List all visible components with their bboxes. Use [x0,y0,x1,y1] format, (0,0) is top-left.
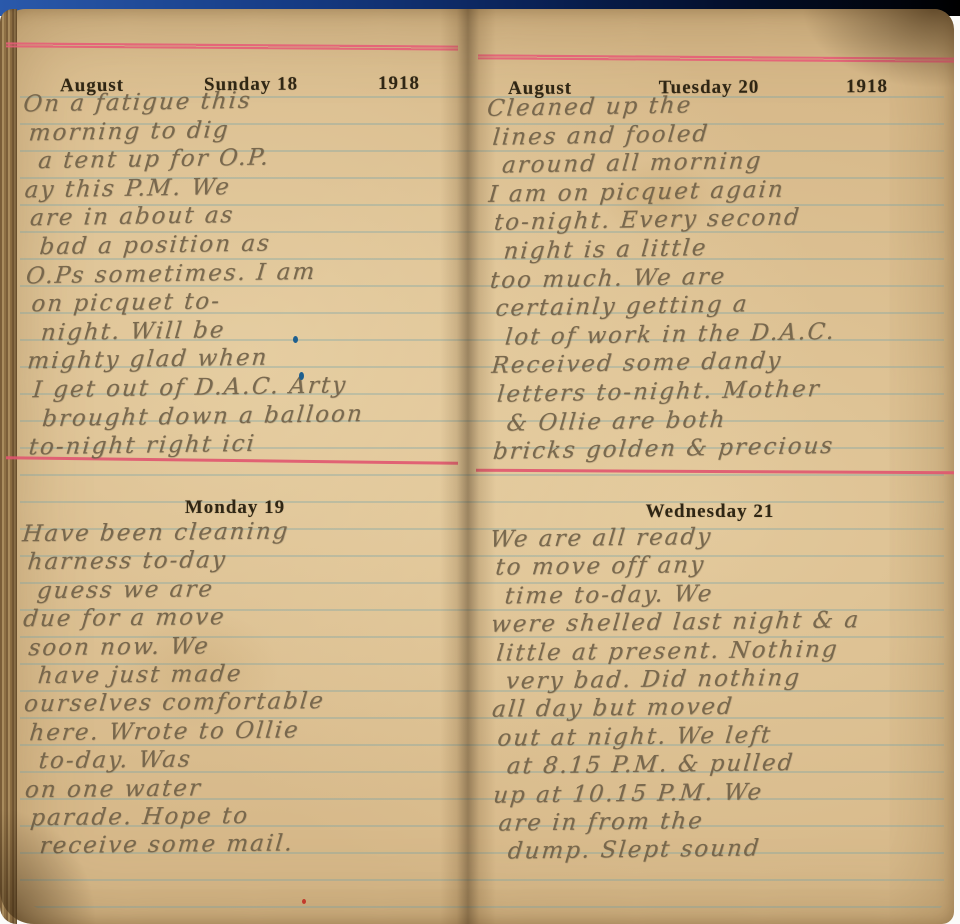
date-header-wednesday: Wednesday 21 [495,501,925,523]
page-stack-edge [0,9,17,924]
handwriting-entry-sunday-18: On a fatigue thismorning to diga tent up… [23,84,459,462]
ink-speck [293,336,298,343]
handwriting-line: harness to-day [21,544,456,577]
handwriting-line: due for a move [22,601,457,634]
handwriting-line: soon now. We [22,629,457,662]
handwriting-line: dump. Slept sound [493,833,940,867]
red-speck [302,899,306,904]
handwriting-line: on one water [24,771,459,804]
curled-corner-top-right [784,9,954,99]
handwriting-entry-tuesday-20: Cleaned up thelines and fooledaround all… [487,87,939,466]
ink-speck [299,372,304,380]
handwriting-line: ourselves comfortable [23,686,458,719]
handwriting-entry-wednesday-21: We are all readyto move off anytime to-d… [490,520,938,866]
pink-margin-line-top-left [6,42,458,50]
diary-book-spread: August Sunday 18 1918 On a fatigue thism… [0,9,954,924]
worn-corner-bottom-left [0,804,100,924]
book-gutter-shadow [440,9,496,924]
handwriting-line: to-day. Was [23,743,458,776]
